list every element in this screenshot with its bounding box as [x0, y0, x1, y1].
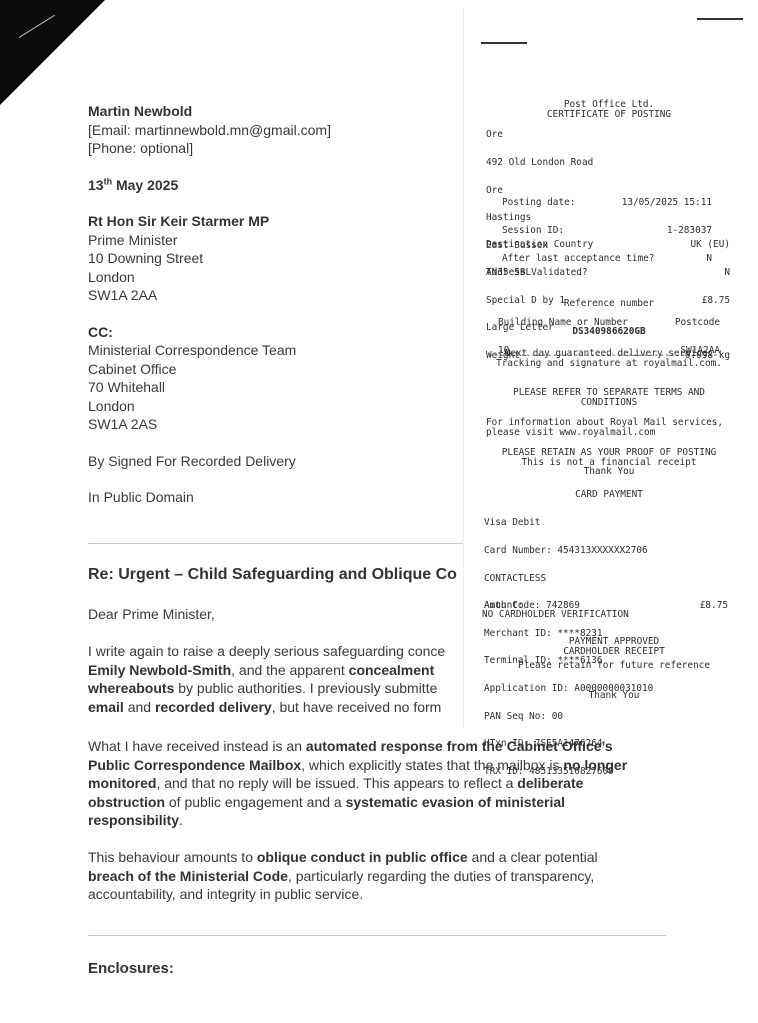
enclosures-heading: Enclosures: — [88, 960, 174, 977]
paragraph-line: Emily Newbold-Smith, and the apparent co… — [88, 661, 445, 680]
paragraph-3: This behaviour amounts to oblique conduc… — [88, 848, 598, 904]
paragraph-line: responsibility. — [88, 811, 627, 830]
post-office-receipt: Post Office Ltd.CERTIFICATE OF POSTING O… — [464, 8, 758, 728]
separator: ----------------------------------------… — [488, 351, 718, 360]
salutation: Dear Prime Minister, — [88, 606, 215, 622]
receipt-thanks: Thank You — [474, 691, 754, 700]
verification-note: NO CARDHOLDER VERIFICATION — [482, 610, 629, 619]
paragraph-1: I write again to raise a deeply serious … — [88, 642, 445, 716]
retain-note: Please retain for future reference — [474, 661, 754, 670]
subject-line: Re: Urgent – Child Safeguarding and Obli… — [88, 566, 457, 584]
paragraph-line: email and recorded delivery, but have re… — [88, 698, 445, 717]
divider — [88, 543, 464, 544]
paragraph-line: whereabouts by public authorities. I pre… — [88, 679, 445, 698]
scan-dash — [697, 18, 743, 20]
paragraph-line: obstruction of public engagement and a s… — [88, 793, 627, 812]
card-payment-title: CARD PAYMENT — [494, 490, 724, 499]
paragraph-line: breach of the Ministerial Code, particul… — [88, 867, 598, 886]
paragraph-line: This behaviour amounts to oblique conduc… — [88, 848, 598, 867]
scan-dash — [481, 42, 527, 44]
divider — [88, 935, 666, 936]
paragraph-line: accountability, and integrity in public … — [88, 885, 598, 904]
proof-note: PLEASE RETAIN AS YOUR PROOF OF POSTINGTh… — [484, 430, 734, 494]
paragraph-line: I write again to raise a deeply serious … — [88, 642, 445, 661]
